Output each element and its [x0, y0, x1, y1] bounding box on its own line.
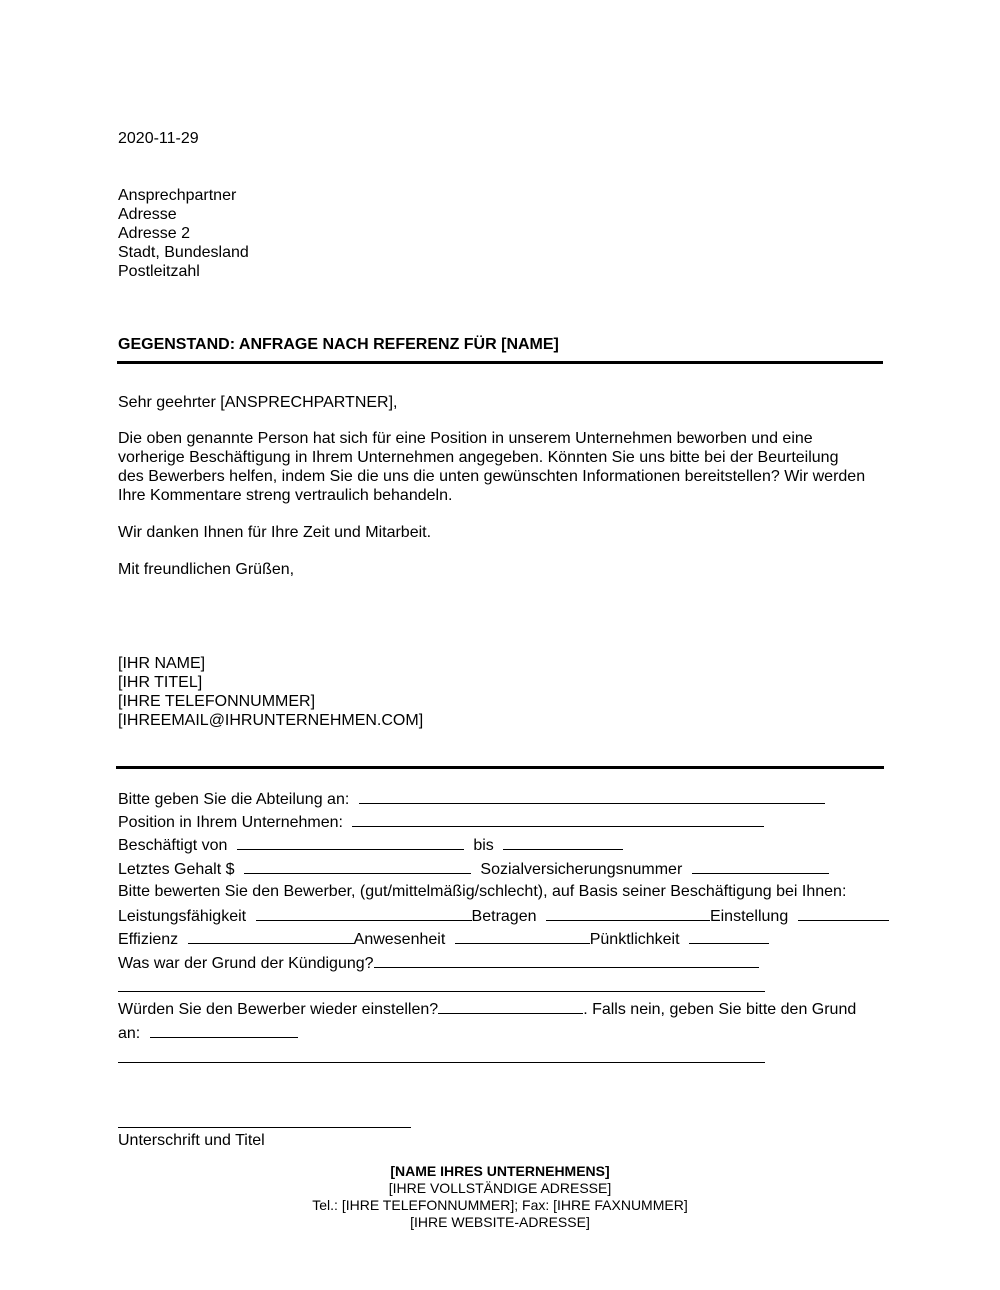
performance-label: Leistungsfähigkeit [118, 908, 246, 925]
salary-row: Letztes Gehalt $ Sozialversicherungsnumm… [118, 859, 829, 879]
position-row: Position in Ihrem Unternehmen: [118, 812, 764, 832]
position-label: Position in Ihrem Unternehmen: [118, 814, 343, 831]
employed-from-label: Beschäftigt von [118, 837, 227, 854]
recipient-line: Adresse 2 [118, 224, 249, 243]
footer-website: [IHRE WEBSITE-ADRESSE] [0, 1214, 1000, 1231]
subject-line: GEGENSTAND: ANFRAGE NACH REFERENZ FÜR [N… [118, 335, 559, 354]
sender-email: [IHREEMAIL@IHRUNTERNEHMEN.COM] [118, 711, 423, 730]
rehire-label: Würden Sie den Bewerber wieder einstelle… [118, 1001, 438, 1018]
recipient-line: Adresse [118, 205, 249, 224]
attitude-label: Einstellung [710, 908, 788, 925]
punctuality-label: Pünktlichkeit [590, 931, 680, 948]
employed-to-label: bis [473, 837, 493, 854]
department-row: Bitte geben Sie die Abteilung an: [118, 789, 825, 809]
recipient-line: Postleitzahl [118, 262, 249, 281]
body-line: Ihre Kommentare streng vertraulich behan… [118, 486, 865, 505]
recipient-address: Ansprechpartner Adresse Adresse 2 Stadt,… [118, 186, 249, 281]
footer-address: [IHRE VOLLSTÄNDIGE ADRESSE] [0, 1180, 1000, 1197]
body-line: Die oben genannte Person hat sich für ei… [118, 429, 865, 448]
termination-row: Was war der Grund der Kündigung? [118, 953, 759, 973]
thanks-line: Wir danken Ihnen für Ihre Zeit und Mitar… [118, 523, 431, 542]
letter-date: 2020-11-29 [118, 129, 199, 148]
signature-label: Unterschrift und Titel [118, 1131, 265, 1150]
social-security-label: Sozialversicherungsnummer [480, 861, 682, 878]
rating-row-2: Effizienz Anwesenheit Pünktlichkeit [118, 929, 769, 949]
employed-to-field[interactable] [503, 835, 623, 850]
termination-reason-field[interactable] [374, 953, 759, 968]
rehire-field[interactable] [438, 999, 583, 1014]
termination-reason-field-line-2[interactable] [118, 991, 765, 992]
subject-divider [117, 361, 883, 364]
footer-company-name: [NAME IHRES UNTERNEHMENS] [0, 1163, 1000, 1180]
sender-title: [IHR TITEL] [118, 673, 423, 692]
rehire-reason-field-line-2[interactable] [118, 1062, 765, 1063]
last-salary-field[interactable] [244, 859, 471, 874]
attitude-field[interactable] [798, 906, 889, 921]
closing-line: Mit freundlichen Grüßen, [118, 560, 294, 579]
efficiency-field[interactable] [188, 929, 354, 944]
efficiency-label: Effizienz [118, 931, 178, 948]
rehire-reason-field[interactable] [150, 1023, 298, 1038]
position-field[interactable] [352, 812, 764, 827]
footer-contact: Tel.: [IHRE TELEFONNUMMER]; Fax: [IHRE F… [0, 1197, 1000, 1214]
body-line: des Bewerbers helfen, indem Sie die uns … [118, 467, 865, 486]
conduct-field[interactable] [546, 906, 710, 921]
sender-block: [IHR NAME] [IHR TITEL] [IHRE TELEFONNUMM… [118, 654, 423, 730]
termination-reason-label: Was war der Grund der Kündigung? [118, 955, 374, 972]
last-salary-label: Letztes Gehalt $ [118, 861, 235, 878]
attendance-label: Anwesenheit [354, 931, 446, 948]
company-footer: [NAME IHRES UNTERNEHMENS] [IHRE VOLLSTÄN… [0, 1163, 1000, 1231]
rehire-followup-cont: an: [118, 1025, 140, 1042]
sender-name: [IHR NAME] [118, 654, 423, 673]
punctuality-field[interactable] [689, 929, 769, 944]
salutation: Sehr geehrter [ANSPRECHPARTNER], [118, 393, 398, 412]
signature-field[interactable] [118, 1127, 411, 1128]
recipient-line: Ansprechpartner [118, 186, 249, 205]
rehire-row: Würden Sie den Bewerber wieder einstelle… [118, 999, 856, 1019]
sender-phone: [IHRE TELEFONNUMMER] [118, 692, 423, 711]
rating-instruction: Bitte bewerten Sie den Bewerber, (gut/mi… [118, 882, 846, 902]
social-security-field[interactable] [692, 859, 829, 874]
rehire-followup: . Falls nein, geben Sie bitte den Grund [583, 1001, 856, 1018]
form-divider [116, 766, 884, 769]
rehire-reason-row: an: [118, 1023, 298, 1043]
body-paragraph: Die oben genannte Person hat sich für ei… [118, 429, 865, 505]
recipient-line: Stadt, Bundesland [118, 243, 249, 262]
department-field[interactable] [359, 789, 825, 804]
attendance-field[interactable] [455, 929, 590, 944]
employed-from-field[interactable] [237, 835, 464, 850]
rating-row-1: Leistungsfähigkeit Betragen Einstellung [118, 906, 889, 926]
performance-field[interactable] [256, 906, 472, 921]
body-line: vorherige Beschäftigung in Ihrem Unterne… [118, 448, 865, 467]
conduct-label: Betragen [472, 908, 537, 925]
employment-period-row: Beschäftigt von bis [118, 835, 623, 855]
department-label: Bitte geben Sie die Abteilung an: [118, 791, 349, 808]
